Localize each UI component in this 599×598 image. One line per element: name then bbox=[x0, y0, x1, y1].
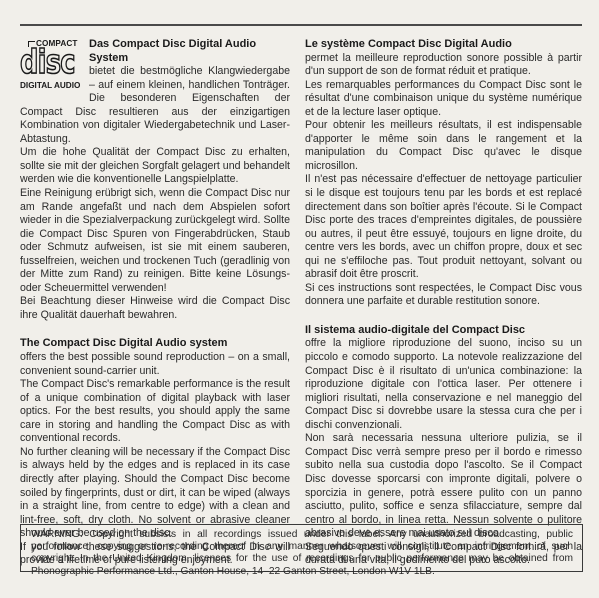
french-heading: Le système Compact Disc Digital Audio bbox=[305, 38, 582, 52]
english-paragraph: The Compact Disc's remarkable performanc… bbox=[20, 378, 290, 446]
french-paragraph: Si ces instructions sont respectées, le … bbox=[305, 282, 582, 309]
german-paragraph: Bei Beachtung dieser Hinweise wird die C… bbox=[20, 295, 290, 322]
section-french: Le système Compact Disc Digital Audio pe… bbox=[305, 38, 582, 309]
logo-disc-text: disc bbox=[20, 45, 75, 78]
top-rule bbox=[20, 24, 582, 26]
french-paragraph: Il n'est pas nécessaire d'effectuer de n… bbox=[305, 173, 582, 281]
italian-paragraph: offre la migliore riproduzione del suono… bbox=[305, 337, 582, 432]
italian-heading: Il sistema audio-digitale del Compact Di… bbox=[305, 324, 582, 338]
logo-digital-audio-text: DIGITAL AUDIO bbox=[20, 81, 80, 90]
german-paragraph: Eine Reinigung erübrigt sich, wenn die C… bbox=[20, 187, 290, 295]
compact-disc-logo-icon: COMPACT disc DIGITAL AUDIO bbox=[20, 39, 82, 91]
english-heading: The Compact Disc Digital Audio system bbox=[20, 337, 290, 351]
left-column: COMPACT disc DIGITAL AUDIO Das Compact D… bbox=[20, 38, 290, 568]
right-column: Le système Compact Disc Digital Audio pe… bbox=[305, 38, 582, 568]
english-paragraph: offers the best possible sound reproduct… bbox=[20, 351, 290, 378]
german-paragraph: Um die hohe Qualität der Compact Disc zu… bbox=[20, 146, 290, 187]
french-paragraph: permet la meilleure reproduction sonore … bbox=[305, 52, 582, 79]
copyright-warning-box: WARNING: Copyright subsists in all recor… bbox=[20, 524, 583, 572]
section-german: COMPACT disc DIGITAL AUDIO Das Compact D… bbox=[20, 38, 290, 322]
french-paragraph: Les remarquables performances du Compact… bbox=[305, 79, 582, 120]
french-paragraph: Pour obtenir les meilleurs résultats, il… bbox=[305, 119, 582, 173]
